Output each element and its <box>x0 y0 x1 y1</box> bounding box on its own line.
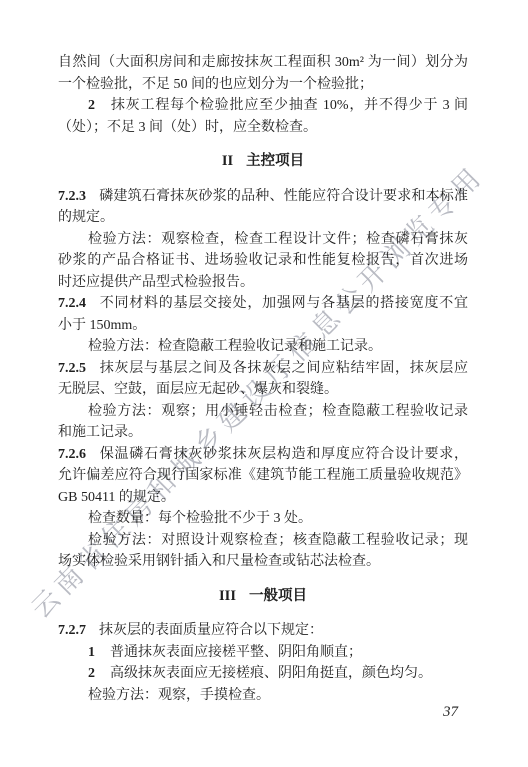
clause-line: 7.2.6保温磷石膏抹灰砂浆抹灰层构造和厚度应符合设计要求， <box>58 444 468 466</box>
line-text: 和施工记录。 <box>58 425 142 440</box>
line-text: 检查数量：每个检验批不少于 3 处。 <box>88 511 312 526</box>
line-text: 场实体检验采用钢针插入和尺量检查或钻芯法检查。 <box>58 554 380 569</box>
document-body: 自然间（大面积房间和走廊按抹灰工程面积 30m² 为一间）划分为一个检验批，不足… <box>58 52 468 706</box>
item-line: 2高级抹灰表面应无接槎痕、阴阳角挺直，颜色均匀。 <box>58 663 468 685</box>
section-heading: III一般项目 <box>58 586 468 608</box>
body-line: 的规定。 <box>58 207 468 229</box>
line-text: 无脱层、空鼓，面层应无起砂、爆灰和裂缝。 <box>58 382 338 397</box>
method-line: 检验方法：观察，手摸检查。 <box>58 685 468 707</box>
line-text: （处）；不足 3 间（处）时，应全数检查。 <box>58 120 317 135</box>
body-line: 一个检验批，不足 50 间的也应划分为一个检验批； <box>58 74 468 96</box>
line-text: 普通抹灰表面应接槎平整、阴阳角顺直； <box>110 645 362 660</box>
clause-line: 7.2.7抹灰层的表面质量应符合以下规定： <box>58 620 468 642</box>
line-text: 检验方法：观察，手摸检查。 <box>88 688 270 703</box>
clause-line: 7.2.3磷建筑石膏抹灰砂浆的品种、性能应符合设计要求和本标准 <box>58 186 468 208</box>
method-line: 检验方法：检查隐蔽工程验收记录和施工记录。 <box>58 336 468 358</box>
clause-number: 7.2.5 <box>58 361 86 376</box>
section-title: 一般项目 <box>249 586 307 608</box>
line-text: 检验方法：检查隐蔽工程验收记录和施工记录。 <box>88 339 382 354</box>
line-text: 抹灰工程每个检验批应至少抽查 10%，并不得少于 3 间 <box>110 98 468 113</box>
method-line: 检查数量：每个检验批不少于 3 处。 <box>58 508 468 530</box>
item-number: 1 <box>88 645 95 660</box>
body-line: 时还应提供产品型式检验报告。 <box>58 272 468 294</box>
line-text: 保温磷石膏抹灰砂浆抹灰层构造和厚度应符合设计要求， <box>99 447 468 462</box>
body-line: 和施工记录。 <box>58 422 468 444</box>
section-heading: II主控项目 <box>58 151 468 173</box>
item-line: 1普通抹灰表面应接槎平整、阴阳角顺直； <box>58 642 468 664</box>
clause-number: 7.2.6 <box>58 447 86 462</box>
clause-number: 7.2.4 <box>58 296 86 311</box>
line-text: 允许偏差应符合现行国家标准《建筑节能工程施工质量验收规范》 <box>58 468 468 483</box>
body-line: 小于 150mm。 <box>58 315 468 337</box>
line-text: 检验方法：观察；用小锤轻击检查；检查隐蔽工程验收记录 <box>88 404 468 419</box>
clause-line: 7.2.5抹灰层与基层之间及各抹灰层之间应粘结牢固，抹灰层应 <box>58 358 468 380</box>
section-number: II <box>222 151 233 173</box>
line-text: 抹灰层与基层之间及各抹灰层之间应粘结牢固，抹灰层应 <box>99 361 468 376</box>
line-text: 检验方法：对照设计观察检查；核查隐蔽工程验收记录；现 <box>88 533 468 548</box>
body-line: 允许偏差应符合现行国家标准《建筑节能工程施工质量验收规范》 <box>58 465 468 487</box>
line-text: 磷建筑石膏抹灰砂浆的品种、性能应符合设计要求和本标准 <box>99 189 468 204</box>
clause-line: 7.2.4不同材料的基层交接处，加强网与各基层的搭接宽度不宜 <box>58 293 468 315</box>
clause-number: 7.2.7 <box>58 623 86 638</box>
body-line: 自然间（大面积房间和走廊按抹灰工程面积 30m² 为一间）划分为 <box>58 52 468 74</box>
line-text: 砂浆的产品合格证书、进场验收记录和性能复检报告，首次进场 <box>58 253 468 268</box>
line-text: 一个检验批，不足 50 间的也应划分为一个检验批； <box>58 77 373 92</box>
body-line: GB 50411 的规定。 <box>58 487 468 509</box>
line-text: 高级抹灰表面应无接槎痕、阴阳角挺直，颜色均匀。 <box>110 666 432 681</box>
body-line: 场实体检验采用钢针插入和尺量检查或钻芯法检查。 <box>58 551 468 573</box>
section-number: III <box>219 586 236 608</box>
item-number: 2 <box>88 666 95 681</box>
document-page: 云南省住房和城乡建设厅信息公开浏览专用 自然间（大面积房间和走廊按抹灰工程面积 … <box>0 0 528 767</box>
line-text: 检验方法：观察检查，检查工程设计文件；检查磷石膏抹灰 <box>88 232 468 247</box>
body-line: （处）；不足 3 间（处）时，应全数检查。 <box>58 117 468 139</box>
body-line: 砂浆的产品合格证书、进场验收记录和性能复检报告，首次进场 <box>58 250 468 272</box>
line-text: GB 50411 的规定。 <box>58 490 175 505</box>
line-text: 抹灰层的表面质量应符合以下规定： <box>99 623 323 638</box>
method-line: 检验方法：观察；用小锤轻击检查；检查隐蔽工程验收记录 <box>58 401 468 423</box>
body-line: 无脱层、空鼓，面层应无起砂、爆灰和裂缝。 <box>58 379 468 401</box>
item-number: 2 <box>88 98 95 113</box>
item-line: 2抹灰工程每个检验批应至少抽查 10%，并不得少于 3 间 <box>58 95 468 117</box>
page-number: 37 <box>443 704 458 721</box>
clause-number: 7.2.3 <box>58 189 86 204</box>
method-line: 检验方法：对照设计观察检查；核查隐蔽工程验收记录；现 <box>58 530 468 552</box>
line-text: 时还应提供产品型式检验报告。 <box>58 275 254 290</box>
line-text: 不同材料的基层交接处，加强网与各基层的搭接宽度不宜 <box>99 296 468 311</box>
line-text: 的规定。 <box>58 210 114 225</box>
line-text: 自然间（大面积房间和走廊按抹灰工程面积 30m² 为一间）划分为 <box>58 55 468 70</box>
line-text: 小于 150mm。 <box>58 318 146 333</box>
section-title: 主控项目 <box>246 151 304 173</box>
method-line: 检验方法：观察检查，检查工程设计文件；检查磷石膏抹灰 <box>58 229 468 251</box>
